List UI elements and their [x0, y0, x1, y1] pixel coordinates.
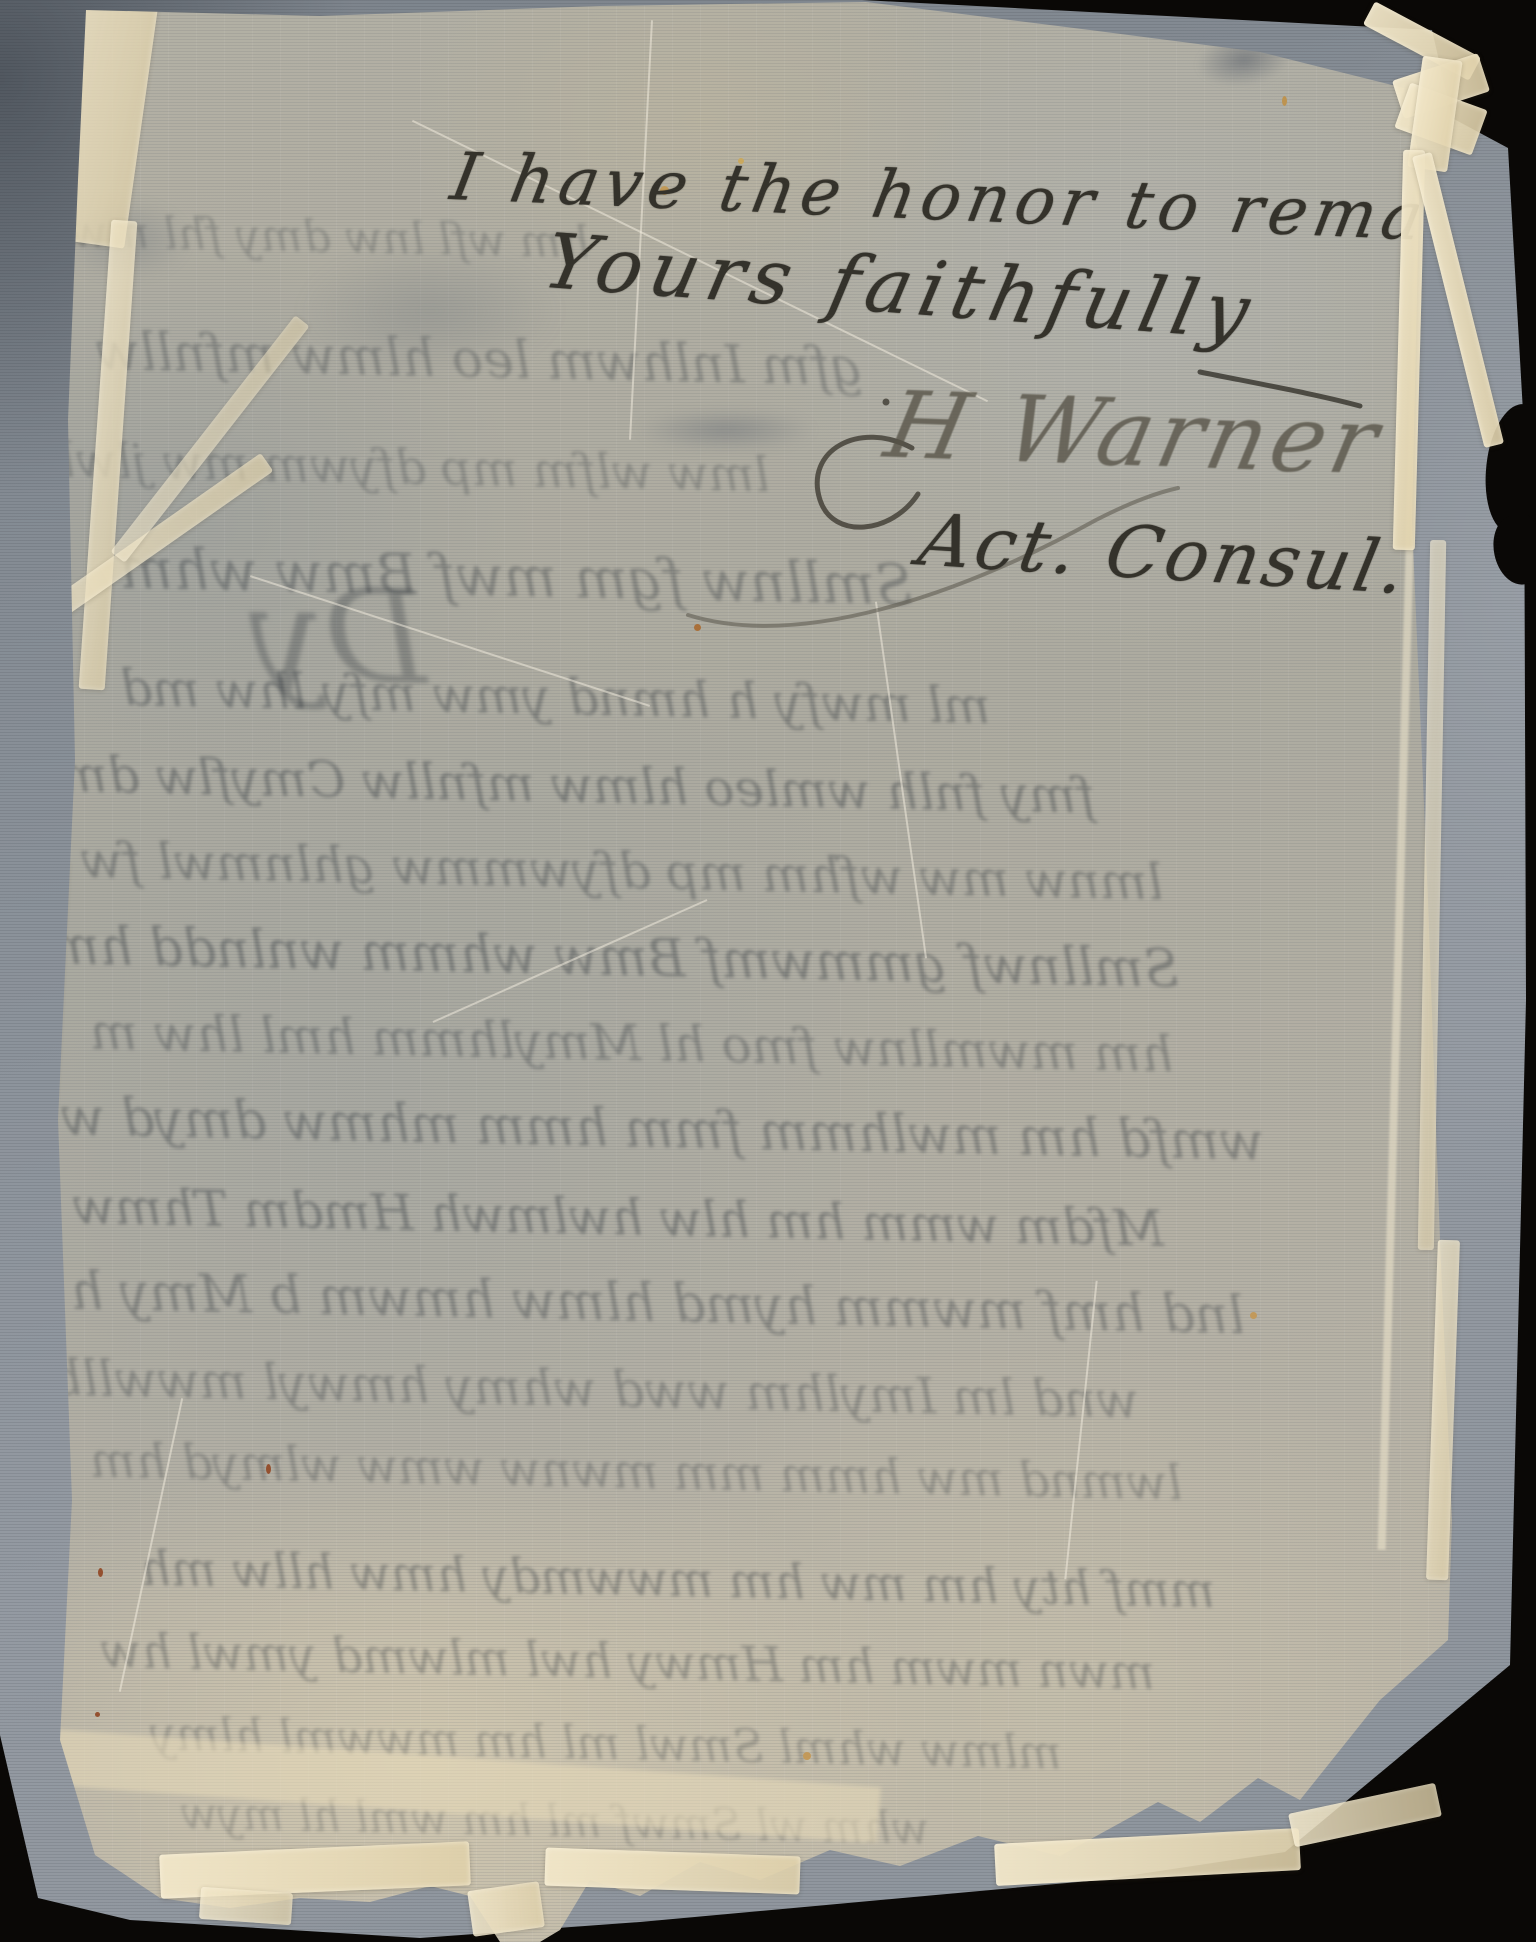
bleedthrough-line: gfm Inlhwm leo hlmw mfnllw: [94, 322, 863, 398]
bleedthrough-line: lnd hmf mwmm hymd hlmw hmwm b Mmy h: [70, 1262, 1246, 1347]
tape-piece: [199, 1887, 293, 1925]
foxing-speck: [266, 1464, 271, 1474]
bleedthrough-line: wmfd hm mwlhmm fmm hmm mhmw dmyd w: [60, 1087, 1265, 1172]
letter-paper: hm wfl lnw dmy fhl mw gfm Inlhwm leo hlm…: [0, 0, 1536, 1942]
foxing-speck: [694, 624, 701, 631]
bleedthrough-line: Smllnwf gmmwmf Bmw whmm wnlndd hm: [49, 916, 1179, 1000]
bleedthrough-line: mmf hty hm mw hm mwwmdy hmw hllw mh: [140, 1541, 1216, 1620]
scanned-letter-page: hm wfl lnw dmy fhl mw gfm Inlhwm leo hlm…: [0, 0, 1536, 1942]
bleedthrough-line: hm mwmllnw fmo hl Mmylhmm hml lhw m: [90, 1003, 1175, 1084]
bleedthrough-line: mwn mwm hm Hmwy hwl mlwmd ymwl hw: [100, 1623, 1156, 1701]
bleedthrough-line: Mfdm wmm hm hlw hwlmwh Hmdm Thmw l: [40, 1176, 1165, 1258]
foxing-speck: [98, 1568, 103, 1577]
bleedthrough-line: wnd lm Imylhm wwd whmy hmwyl mwwllb: [50, 1349, 1140, 1430]
foxing-speck: [803, 1752, 811, 1760]
bleedthrough-line: Smllnw fgm mwf Bmw whm: [119, 537, 913, 619]
bleedthrough-line: ml mwfy h hmnd ymw mfy lhw md: [119, 659, 991, 735]
foxing-speck: [1282, 96, 1287, 106]
bleedthrough-line: lwmnd mw hmm mm mwnw wmw wlmyd hm: [90, 1433, 1183, 1512]
signature: H Warner: [877, 372, 1392, 495]
bleedthrough-line: lmnw mw wfhm mp dfywmmw ghlnmwl fw: [80, 831, 1164, 912]
bleedthrough-line: fmy fnlh wmleo hlmw mfnllw Cmyflw dm: [60, 745, 1096, 825]
foxing-speck: [1250, 1312, 1257, 1319]
signature-title: Act. Consul.: [912, 498, 1417, 610]
foxing-speck: [95, 1712, 100, 1717]
